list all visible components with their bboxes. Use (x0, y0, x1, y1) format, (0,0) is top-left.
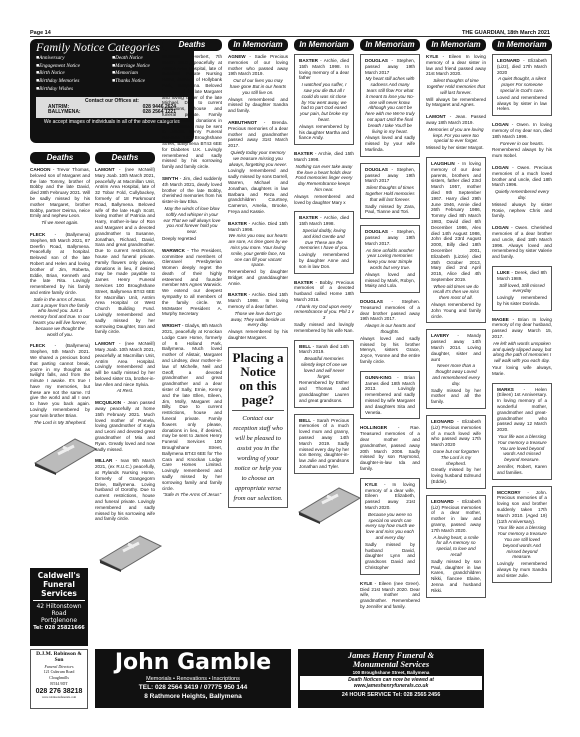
left-ads: Caldwell's Funeral Services 42 Hiltonsto… (30, 568, 90, 709)
notice-item: BAXTER - Bobby. Precious memories of a d… (294, 280, 354, 334)
notice-verse: Special daddy, loving and kind Gentle an… (299, 228, 349, 251)
notice-verse: Safe in the arms of Jesus. Just a prayer… (30, 297, 90, 338)
deceased-name: MILLAR (95, 458, 112, 463)
deceased-name: ARBUTHNOT (228, 120, 257, 125)
notice-item: WRIGHT - Gladys, 8th March 2021, peacefu… (162, 323, 222, 498)
notice-text: KYLE - In loving memory of a dear wife, … (365, 482, 415, 511)
notice-verse: As time unfolds another year Loving memo… (365, 248, 415, 271)
notice-text: DOUGLAS - Stephen, passed away 19th Marc… (365, 58, 415, 75)
notice-verse: I watched you suffer, I saw you die But … (299, 82, 349, 123)
ad-address: Road (33, 610, 85, 617)
deceased-name: BAXTER (299, 58, 318, 63)
notice-verse: The Lord is My Shepherd. (30, 420, 90, 426)
notice-item: LEONARD - Elizabeth (Liz) Precious memor… (426, 415, 486, 489)
notice-text: DOUGLAS - Stephen. Treasured memories of… (360, 299, 420, 322)
notice-item: BELL - Sarah Precious memories of a much… (294, 414, 354, 474)
notice-item: LAUGHLIN - In loving memory of our dear … (426, 157, 486, 324)
deaths-heading: Deaths (95, 152, 155, 164)
notice-item: LEONARD - Elizabeth (Liz) Precious memor… (426, 495, 486, 598)
deceased-name: WRIGHT (162, 323, 181, 328)
notice-body: - (nee McNeill) Mary Joab. 10th March 20… (95, 167, 155, 334)
notice-item: BAXTER - Archie. Died 15th March 1998.We… (228, 221, 288, 287)
deceased-name: MCQUILKIN (95, 400, 121, 405)
deceased-name: LAUGHLIN (431, 161, 455, 166)
deceased-name: LOGAN (492, 225, 509, 230)
notice-signoff: Greatly missed by her loving husband Edm… (431, 467, 481, 484)
notice-text: LEONARD - Elizabeth (Lizz), died 17th Ma… (497, 58, 547, 75)
notice-text: BAXTER - Archie, died 15th March 1998. I… (299, 58, 349, 81)
deaths-column-3: Deaths MUNNIS - Herbert, 7th March 2021,… (162, 39, 222, 504)
placing-notice-box: Placing a Notice on this page?Contact ou… (228, 347, 288, 508)
notice-text: MUNNIS - Herbert, 7th March 2021, peacef… (162, 54, 222, 170)
notice-verse: Silent thoughts of times together Hold m… (365, 185, 415, 202)
deceased-name: MUNNIS (162, 54, 180, 59)
notice-body: - (Ballymena) Stephen, 5th March 2021, 8… (30, 232, 90, 295)
deceased-name: FLECK (30, 343, 45, 348)
notice-body: - Herbert, 7th March 2021, peacefully at… (162, 54, 222, 169)
bible-icon (294, 484, 364, 524)
notice-text: FLECK - (Ballymena) Stephen, 5th March 2… (30, 343, 90, 418)
notice-item: BAXTER - Archie, died 15th March 1998.No… (294, 151, 354, 205)
notice-text: DOUGLAS - Stephen, passed away 19th Marc… (365, 229, 415, 246)
notice-signoff: Remembered by daughter Bridget and grand… (228, 269, 288, 286)
caldwell-ad[interactable]: Caldwell's Funeral Services 42 Hiltonsto… (30, 568, 88, 646)
notice-item: BAXTER - Archie, died 15th March 1998. I… (294, 54, 354, 145)
ad-phone: TEL: 028 2564 3419 / 07775 950 144 (95, 683, 291, 692)
ad-website[interactable]: www.jameshenryfunerals.co.uk (301, 683, 481, 689)
notice-signoff: Sadly missed by her mother and all the f… (431, 388, 481, 405)
notice-verse: Your life was a blessing Your memory a t… (497, 434, 547, 463)
notice-text: WARWICK - The President, committee and m… (162, 248, 222, 318)
deceased-name: FLECK (30, 232, 45, 237)
notice-signoff: Always loved and sadly missed by his bro… (360, 336, 420, 365)
notice-item: KYLE - Eileen In loving memory of a dear… (426, 54, 486, 108)
notice-verse: Those we love don't go away, They walk b… (228, 311, 288, 328)
notice-signoff: Always remembered and missed by daughter… (228, 97, 288, 114)
office-ballymena: BALLYMENA:028 2564 1221 (42, 110, 182, 116)
notice-text: KYLE - Eileen In loving memory of a dear… (426, 54, 486, 77)
ad-services: Memorials • Renovations • Inscriptions (95, 676, 291, 682)
notice-signoff: Always remembered by John Young and fami… (431, 302, 481, 319)
deceased-name: LEONARD (431, 499, 454, 504)
deceased-name: KYLE (365, 482, 377, 487)
notice-text: LAMONT - (nee McNeill) Mary Joab. 10th M… (95, 167, 155, 335)
memoriam-column-5: In Memoriam BAXTER - Archie, died 15th M… (294, 39, 354, 530)
deceased-name: HOLLINGER (360, 425, 387, 430)
deceased-name: LAMONT (95, 167, 115, 172)
notice-body: - Gladys, 8th March 2021, peacefully at … (162, 323, 222, 490)
notice-body: - The President, committee and members o… (162, 248, 222, 317)
notice-item: DOUGLAS - Stephen, passed away 19th Marc… (360, 54, 420, 157)
notice-body: - Brian James died 18th March 2013. Lovi… (365, 375, 415, 415)
notice-signoff: Sadly missed by son Paul, daughter in la… (431, 559, 481, 594)
notice-text: LAUGHLIN - In loving memory of our dear … (431, 161, 481, 283)
notice-item: MCCRORY - John. Precious memories of a l… (492, 486, 552, 583)
notice-verse: Gone but not forgotten The Lord is my sh… (431, 449, 481, 466)
notice-signoff: Will always be remembered by Margaret an… (426, 97, 486, 109)
deceased-name: WARWICK (162, 248, 185, 253)
notice-verse: Out of our lives you may have gone But i… (228, 78, 288, 95)
notice-signoff: Always remembered by his daughter Martha… (299, 124, 349, 141)
notice-item: MARKS - Helen (Eileen) 1st Anniversary. … (492, 383, 552, 480)
notice-item: MCQUILKIN - Jean passed away peacefully … (95, 400, 155, 452)
category-item: Birthday Memories (36, 79, 112, 85)
memoriam-heading: In Memoriam (294, 39, 354, 51)
notice-body: - Helen (Eileen) 1st Anniversary. In lov… (497, 387, 547, 433)
notice-item: ARBUTHNOT - Brenda. Precious memories of… (228, 120, 288, 215)
notice-item: FLECK - (Ballymena) Stephen, 5th March 2… (30, 343, 90, 425)
deceased-name: CAHOON (30, 167, 50, 172)
category-item: Engagement Notice (36, 64, 112, 70)
notice-verse: A quiet thought, a silent prayer For som… (497, 76, 547, 93)
notice-verse: When old times we do recall It's then we… (431, 284, 481, 301)
deceased-name: BAXTER (299, 215, 318, 220)
ad-phone: Tel: 028 25821666 (33, 626, 85, 632)
deceased-name: AGNEW (228, 54, 246, 59)
header-rule (30, 36, 550, 37)
notice-item: BAXTER - Archie, died 15th March 1998.Sp… (294, 211, 354, 273)
notice-item: MUNNIS - Herbert, 7th March 2021, peacef… (162, 54, 222, 170)
ad-website: www.robinsonsfunerals.com (33, 695, 85, 701)
deceased-name: MCCRORY (497, 490, 521, 495)
memoriam-column-4: In Memoriam AGNEW - Sadie Precious memor… (228, 39, 288, 508)
notice-verse: We miss you now, our hearts are sore, As… (228, 233, 288, 268)
memoriam-heading: In Memoriam (492, 39, 552, 51)
deceased-name: BELL (299, 418, 311, 423)
deceased-name: DOUGLAS (360, 299, 383, 304)
notice-item: KYLE - In loving memory of a dear wife, … (360, 478, 420, 575)
notice-body: - Elizabeth (Liz) Precious memories of a… (431, 499, 481, 533)
notice-item: LEONARD - Elizabeth (Lizz), died 17th Ma… (492, 54, 552, 116)
office-name: BALLYMENA: (48, 110, 81, 116)
notice-text: LUKE - Derek, died 8th March 1989. (497, 270, 547, 282)
notice-item: LAMONT - Jean. Passed away 18th March 20… (426, 114, 486, 151)
notice-verse: Beautiful memories silently kept Of one … (299, 356, 349, 379)
deaths-column-1: Deaths CAHOON - Trevor Thomas, beloved s… (30, 152, 90, 481)
notice-verse: Silent thoughts of time together Hold me… (426, 78, 486, 95)
ad-title: D.J.M. Robinson & Son (33, 652, 85, 664)
notice-item: LOGAN - Owen. Precious memories of a muc… (492, 165, 552, 219)
notice-item: DOUGLAS - Stephen, passed away 19th Marc… (360, 225, 420, 293)
placing-title: Placing a Notice on this page? (232, 351, 284, 411)
memoriam-heading: In Memoriam (228, 39, 288, 51)
notice-body: - (Ballymena) Stephen, 5th March 2021. W… (30, 343, 90, 418)
notice-verse: My heart still aches with sadness And ma… (365, 76, 415, 134)
notice-signoff: Jennifer, Robert, Karen and families. (497, 464, 547, 476)
ad-title: Caldwell's (33, 571, 85, 580)
notice-text: FLECK - (Ballymena) Stephen, 5th March 2… (30, 232, 90, 296)
notice-verse: I thank my God upon every remembrance of… (294, 304, 354, 321)
notice-body: - (nee McNeill) Mary Joab. 10th March 20… (95, 341, 155, 387)
bible-icon (95, 532, 165, 572)
notice-item: LOGAN - Owen. In loving memory of my dea… (492, 122, 552, 159)
notice-text: BELL - Sarah Precious memories of a much… (299, 418, 349, 470)
ad-address: 42 Hiltonstown (33, 603, 85, 610)
notice-signoff: Always remembered by his daughter Margar… (228, 329, 288, 341)
notice-signoff: Always loved and sadly missed by your wi… (365, 135, 415, 152)
page-header: Page 14 THE GUARDIAN, 18th March 2021 (30, 28, 550, 36)
memoriam-heading: In Memoriam (360, 39, 420, 51)
notice-signoff: Always remembered and loved by daughter … (294, 194, 354, 206)
notice-signoff: Your loving wife always, Marie. (492, 365, 552, 377)
notice-item: LUKE - Derek, died 8th March 1989.Still … (492, 266, 552, 311)
deceased-name: LAMONT (95, 341, 115, 346)
notice-text: DOUGLAS - Stephen, passed away 19th Marc… (365, 167, 415, 184)
notice-text: MCCRORY - John. Precious memories of a l… (497, 490, 547, 525)
deceased-name: KYLE (360, 581, 372, 586)
notice-item: LAMONT - (nee McNeill) Mary Joab. 10th M… (95, 167, 155, 335)
john-gamble-ad[interactable]: John Gamble Memorials • Renovations • In… (95, 649, 291, 708)
deceased-name: BAXTER (228, 221, 247, 226)
notice-body: - John. Precious memories of a loving so… (497, 490, 547, 524)
notice-verse: Quietly remembered every day. (492, 189, 552, 201)
notice-text: BAXTER - Archie, died 15th March 1998. (294, 151, 354, 163)
notice-text: HOLLINGER - Rae. Treasured memories of a… (360, 425, 420, 471)
deceased-name: LEONARD (431, 419, 454, 424)
notice-verse: Forever in our hearts. (492, 141, 552, 147)
deceased-name: MAGEE (492, 317, 509, 322)
notice-item: MAGEE - Brian In loving memory of my dea… (492, 317, 552, 377)
notice-body: - Trevor Thomas, beloved son of Margaret… (30, 167, 90, 218)
deceased-name: SMYTH (162, 176, 178, 181)
deceased-name: MARKS (497, 387, 514, 392)
deceased-name: BELL (299, 344, 311, 349)
notice-text: SMYTH - Jim, died suddenly 4th March 202… (162, 176, 222, 205)
ad-phone: 24 HOUR SERVICE Tel: 028 2565 2456 (300, 692, 482, 698)
notice-text: LAMONT - Jean. Passed away 18th March 20… (426, 114, 486, 126)
notice-text: LAMONT - (nee McNeill) Mary Joab. 10th M… (95, 341, 155, 387)
notice-verse: Always in our hearts and thoughts. (360, 323, 420, 335)
notice-item: SMYTH - Jim, died suddenly 4th March 202… (162, 176, 222, 242)
notice-signoff: Deeply regretted (162, 236, 222, 242)
notice-verse: A loving heart, a smile for all A memory… (431, 535, 481, 558)
notice-item: GUNN-KING - Brian James died 18th March … (360, 371, 420, 420)
notice-text: MCQUILKIN - Jean passed away peacefully … (95, 400, 155, 452)
ad-address: 100 Broughshane Street, Ballymena (300, 670, 482, 675)
ad-title: Monumental Services (300, 660, 482, 669)
deaths-heading: Deaths (162, 39, 222, 51)
deceased-name: KYLE (426, 54, 438, 59)
robinson-ad[interactable]: D.J.M. Robinson & Son Funeral Directors … (30, 649, 88, 709)
category-item: Birth Notice (36, 71, 112, 77)
category-item: Anniversary (36, 56, 112, 62)
notice-verse: Because you were so special no words can… (365, 512, 415, 541)
deceased-name: DOUGLAS (365, 229, 388, 234)
deceased-name: BAXTER (228, 292, 247, 297)
deceased-name: GUNN-KING (365, 375, 392, 380)
ad-phone: 028 276 38218 (33, 689, 85, 695)
notice-item: AGNEW - Sadie Precious memories of our l… (228, 54, 288, 114)
notice-text: AGNEW - Sadie Precious memories of our l… (228, 54, 288, 77)
notice-text: CAHOON - Trevor Thomas, beloved son of M… (30, 167, 90, 219)
placing-body: Contact our reception staff who will be … (232, 414, 284, 504)
ad-address: BT44 9DT (33, 681, 85, 687)
notice-verse: At Rest. (95, 388, 155, 394)
deceased-name: DOUGLAS (365, 167, 388, 172)
notice-text: BAXTER - Archie, died 15th March 1998. (299, 215, 349, 227)
deceased-name: LAMONT (426, 114, 446, 119)
deceased-name: LAVERY (431, 333, 449, 338)
notice-body: - Ivan 9th March 2021, (ex R.U.C.) peace… (95, 458, 155, 521)
notice-text: LOGAN - Owen. Cherished memories of a de… (492, 225, 552, 260)
notice-text: KYLE - Eileen (nee Greer). Died 21st Mar… (360, 581, 420, 610)
notice-verse: Til we meet again. (30, 220, 90, 226)
ad-title: Funeral (33, 580, 85, 589)
notice-signoff: Lovingly remembered by daughter Anne and… (299, 252, 349, 269)
notice-item: BAXTER - Archie. Died 15th March 1998. I… (228, 292, 288, 340)
notice-verse: Still loved, Still missed everyday (497, 283, 547, 295)
deceased-name: BAXTER (294, 151, 313, 156)
notice-body: - In loving memory of our dear parents, … (431, 161, 481, 282)
notice-item: LAVERY - Mandy passed away 14th March 20… (426, 329, 486, 409)
deceased-name: LUKE (497, 270, 510, 275)
ad-title: John Gamble (95, 651, 291, 675)
notice-text: LOGAN - Owen. In loving memory of my dea… (492, 122, 552, 139)
deaths-column-2: Deaths LAMONT - (nee McNeill) Mary Joab.… (95, 152, 155, 578)
notice-item: LOGAN - Owen. Cherished memories of a de… (492, 225, 552, 260)
notice-body: - Jean passed away peacefully at home 15… (95, 400, 155, 451)
notice-verse: He left with words unspoken and quietly … (492, 341, 552, 364)
notice-item: CAHOON - Trevor Thomas, beloved son of M… (30, 167, 90, 226)
notice-item: BELL - Sarah died 14th March 2019.Beauti… (294, 340, 354, 408)
notice-body: - Sarah Precious memories of a much love… (299, 418, 349, 469)
notice-signoff: Lovingly remembered and sadly missed by … (228, 168, 288, 214)
notice-item: DOUGLAS - Stephen, passed away 19th Marc… (360, 163, 420, 219)
notice-text: BAXTER - Bobby. Precious memories of a d… (294, 280, 354, 303)
category-item: Birthday Wishes (36, 87, 112, 93)
notice-signoff: Loved and remembered always by sister in… (497, 95, 547, 112)
notice-item: FLECK - (Ballymena) Stephen, 5th March 2… (30, 232, 90, 337)
deceased-name: DOUGLAS (365, 58, 388, 63)
notice-body: - Owen. Cherished memories of a dear bro… (492, 225, 552, 259)
bible-icon (30, 435, 100, 475)
notice-text: LEONARD - Elizabeth (Liz) Precious memor… (431, 499, 481, 534)
notice-text: ARBUTHNOT - Brenda. Precious memories of… (228, 120, 288, 149)
deceased-name: BAXTER (294, 280, 313, 285)
notice-item: DOUGLAS - Stephen. Treasured memories of… (360, 299, 420, 365)
notice-text: MARKS - Helen (Eileen) 1st Anniversary. … (497, 387, 547, 433)
deceased-name: LOGAN (492, 122, 509, 127)
deceased-name: LEONARD (497, 58, 520, 63)
memoriam-column-7: In Memoriam KYLE - Eileen In loving memo… (426, 39, 486, 604)
notice-signoff: Sadly missed and lovingly remembered by … (294, 322, 354, 334)
notice-verse: Your life was a blessing Your memory a t… (497, 525, 547, 560)
notice-signoff: Always loved and missed by Mark, Robyn, … (365, 272, 415, 289)
james-henry-ad[interactable]: James Henry Funeral & Monumental Service… (298, 649, 484, 708)
notice-verse: Quietly today your memory we treasure mi… (228, 150, 288, 167)
notice-text: GUNN-KING - Brian James died 18th March … (365, 375, 415, 416)
memoriam-heading: In Memoriam (426, 39, 486, 51)
ad-title: Services (33, 589, 85, 598)
notice-verse: Memories of you are loving kept. For you… (426, 127, 486, 144)
memoriam-column-6: In Memoriam DOUGLAS - Stephen, passed aw… (360, 39, 420, 616)
ad-address: 8 Rathmore Heights, Ballymena (95, 692, 291, 701)
notice-text: BELL - Sarah died 14th March 2019. (299, 344, 349, 356)
ad-address: Portglenone (33, 617, 85, 624)
notice-text: MAGEE - Brian In loving memory of my dea… (492, 317, 552, 340)
memoriam-column-8: In Memoriam LEONARD - Elizabeth (Lizz), … (492, 39, 552, 589)
notice-text: BAXTER - Archie. Died 15th March 1998. (228, 221, 288, 233)
notice-item: MILLAR - Ivan 9th March 2021, (ex R.U.C.… (95, 458, 155, 522)
deaths-heading: Deaths (30, 152, 90, 164)
notice-item: HOLLINGER - Rae. Treasured memories of a… (360, 425, 420, 471)
notice-signoff: Missed by her sister Margot. (426, 145, 486, 151)
notice-signoff: Remembered always by his mum Isobel. (492, 147, 552, 159)
notice-item: LAMONT - (nee McNeill) Mary Joab. 10th M… (95, 341, 155, 394)
notice-signoff: Lovingly remembered by his sister Dorind… (497, 295, 547, 307)
notice-text: MILLAR - Ivan 9th March 2021, (ex R.U.C.… (95, 458, 155, 522)
deceased-name: LOGAN (492, 165, 509, 170)
notice-signoff: Missed always by sister Rosie, nephew Ch… (492, 202, 552, 219)
notice-verse: May the winds of love blow softly And wh… (162, 206, 222, 235)
notice-signoff: Lovingly remembered always by mum Sandra… (497, 561, 547, 578)
notice-verse: Nothing can ever take away the love a he… (294, 164, 354, 193)
notice-text: LOGAN - Owen. Precious memories of a muc… (492, 165, 552, 188)
notice-verse: Never more than a thought away Loved and… (431, 363, 481, 386)
notice-item: KYLE - Eileen (nee Greer). Died 21st Mar… (360, 581, 420, 610)
notice-text: LEONARD - Elizabeth (Liz) Precious memor… (431, 419, 481, 448)
notice-signoff: Remembered by Esther and Thomas and gran… (299, 380, 349, 403)
notice-text: WRIGHT - Gladys, 8th March 2021, peacefu… (162, 323, 222, 491)
notice-body: - Rae. Treasured memories of a dear moth… (360, 425, 420, 471)
notice-item: WARWICK - The President, committee and m… (162, 248, 222, 318)
notice-signoff: Sadly missed by husband David, daughter … (365, 542, 415, 571)
notice-text: LAVERY - Mandy passed away 14th March 20… (431, 333, 481, 362)
notice-text: BAXTER - Archie. Died 15th March 1998. I… (228, 292, 288, 309)
notice-signoff: Sadly missed by Zara, Paul, Tianne and T… (365, 204, 415, 216)
notice-verse: "Safe In The Arms Of Jesus" (162, 492, 222, 498)
